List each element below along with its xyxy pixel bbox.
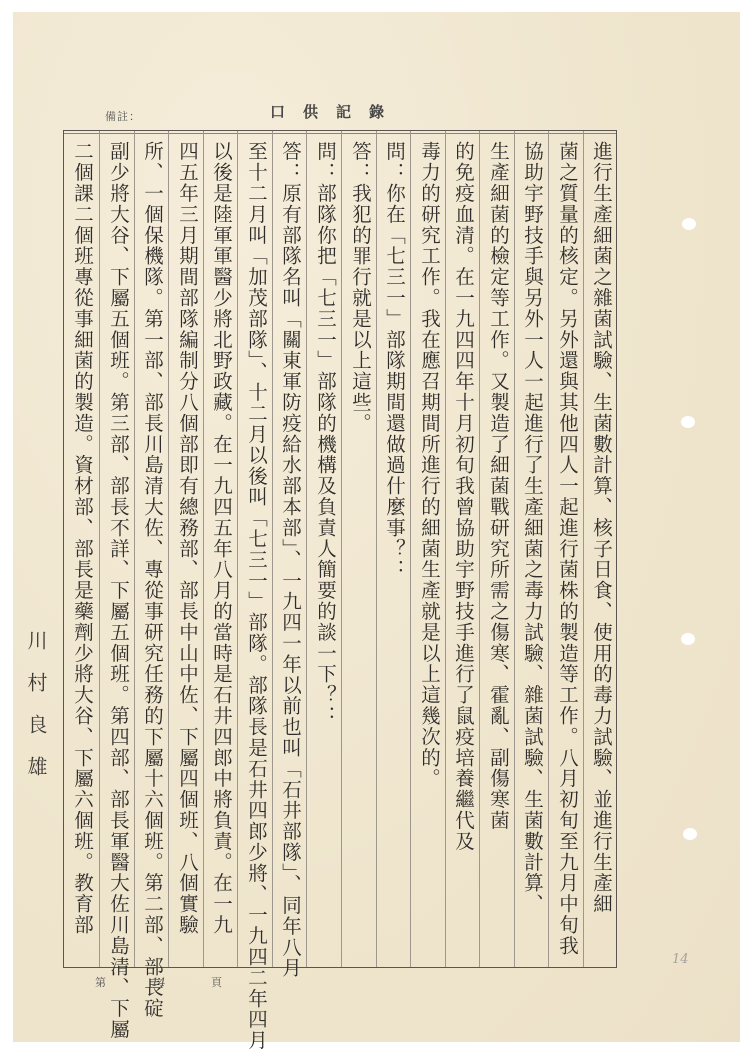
page-number: 14 <box>152 976 166 989</box>
column-text: 四五年三月期間部隊編制分八個部即有總務部、部長中山中佐、下屬四個班、八個實驗 <box>178 141 198 935</box>
page-suffix: 頁 <box>211 974 222 990</box>
text-column: 菌之質量的核定。另外還與其他四人一起進行菌株的製造等工作。八月初旬至九月中旬我 <box>548 131 584 967</box>
punch-hole <box>683 828 697 840</box>
text-column: 二個課二個班專從事細菌的製造。資材部、部長是藥劑少將大谷、下屬六個班。教育部 <box>64 131 99 967</box>
punch-hole <box>682 218 696 230</box>
column-text: 二個課二個班專從事細菌的製造。資材部、部長是藥劑少將大谷、下屬六個班。教育部 <box>73 141 93 935</box>
punch-hole <box>681 416 695 428</box>
text-column: 答：我犯的罪行就是以上這些。 <box>341 131 377 967</box>
column-text: 至十二月叫「加茂部隊」、十二月以後叫「七三一」部隊。部隊長是石井四郎少將、一九四… <box>247 141 267 1051</box>
text-column: 問：你在「七三一」部隊期間還做過什麼事？： <box>376 131 411 967</box>
text-column: 至十二月叫「加茂部隊」、十二月以後叫「七三一」部隊。部隊長是石井四郎少將、一九四… <box>237 131 273 967</box>
text-column: 協助宇野技手與另外一人一起進行了生產細菌之毒力試驗、雜菌試驗、生菌數計算、 <box>514 131 549 967</box>
column-text: 協助宇野技手與另外一人一起進行了生產細菌之毒力試驗、雜菌試驗、生菌數計算、 <box>523 141 543 914</box>
column-text: 以後是陸軍軍醫少將北野政藏。在一九四五年八月的當時是石井四郎中將負責。在一九 <box>212 141 232 935</box>
deposition-frame: 進行生產細菌之雜菌試驗、生菌數計算、核子日食、使用的毒力試驗、並進行生產細 菌之… <box>63 130 617 968</box>
text-column: 生產細菌的檢定等工作。又製造了細菌戰研究所需之傷寒、霍亂、副傷寒菌 <box>479 131 515 967</box>
remark-label: 備註： <box>105 108 141 124</box>
column-text: 問：部隊你把「七三一」部隊的機構及負責人簡要的談一下？： <box>316 141 336 726</box>
text-column: 以後是陸軍軍醫少將北野政藏。在一九四五年八月的當時是石井四郎中將負責。在一九 <box>203 131 238 967</box>
text-column: 副少將大谷、下屬五個班。第三部、部長不詳、下屬五個班。第四部、部長軍醫大佐川島清… <box>99 131 135 967</box>
text-column: 毒力的研究工作。我在應召期間所進行的細菌生產就是以上這幾次的。 <box>410 131 446 967</box>
signature: 川村良雄 <box>22 630 51 798</box>
text-column: 進行生產細菌之雜菌試驗、生菌數計算、核子日食、使用的毒力試驗、並進行生產細 <box>583 131 618 967</box>
text-column: 答：原有部隊名叫「關東軍防疫給水部本部」、一九四一年以前也叫「石井部隊」、同年八… <box>272 131 307 967</box>
column-text: 毒力的研究工作。我在應召期間所進行的細菌生產就是以上這幾次的。 <box>420 141 440 789</box>
column-text: 所、一個保機隊。第一部、部長川島清大佐、專從事研究任務的下屬十六個班。第二部、部… <box>143 141 163 1019</box>
text-column: 所、一個保機隊。第一部、部長川島清大佐、專從事研究任務的下屬十六個班。第二部、部… <box>134 131 169 967</box>
text-column: 的免疫血清。在一九四四年十月初旬我曾協助宇野技手進行了鼠疫培養繼代及 <box>445 131 480 967</box>
page-prefix: 第 <box>95 974 106 990</box>
corner-page-mark: 14 <box>672 952 689 967</box>
punch-hole <box>681 633 695 645</box>
text-column: 問：部隊你把「七三一」部隊的機構及負責人簡要的談一下？： <box>306 131 342 967</box>
column-text: 菌之質量的核定。另外還與其他四人一起進行菌株的製造等工作。八月初旬至九月中旬我 <box>558 141 578 956</box>
page-footer: 第 14 頁 <box>95 974 222 990</box>
text-column: 四五年三月期間部隊編制分八個部即有總務部、部長中山中佐、下屬四個班、八個實驗 <box>168 131 204 967</box>
column-text: 進行生產細菌之雜菌試驗、生菌數計算、核子日食、使用的毒力試驗、並進行生產細 <box>592 141 612 914</box>
column-text: 答：我犯的罪行就是以上這些。 <box>351 141 371 434</box>
column-text: 問：你在「七三一」部隊期間還做過什麼事？： <box>385 141 405 580</box>
column-text: 生產細菌的檢定等工作。又製造了細菌戰研究所需之傷寒、霍亂、副傷寒菌 <box>489 141 509 831</box>
column-text: 的免疫血清。在一九四四年十月初旬我曾協助宇野技手進行了鼠疫培養繼代及 <box>454 141 474 852</box>
document-title: 口供記錄 <box>270 101 402 122</box>
column-text: 答：原有部隊名叫「關東軍防疫給水部本部」、一九四一年以前也叫「石井部隊」、同年八… <box>281 141 301 978</box>
column-text: 副少將大谷、下屬五個班。第三部、部長不詳、下屬五個班。第四部、部長軍醫大佐川島清… <box>109 141 129 1040</box>
